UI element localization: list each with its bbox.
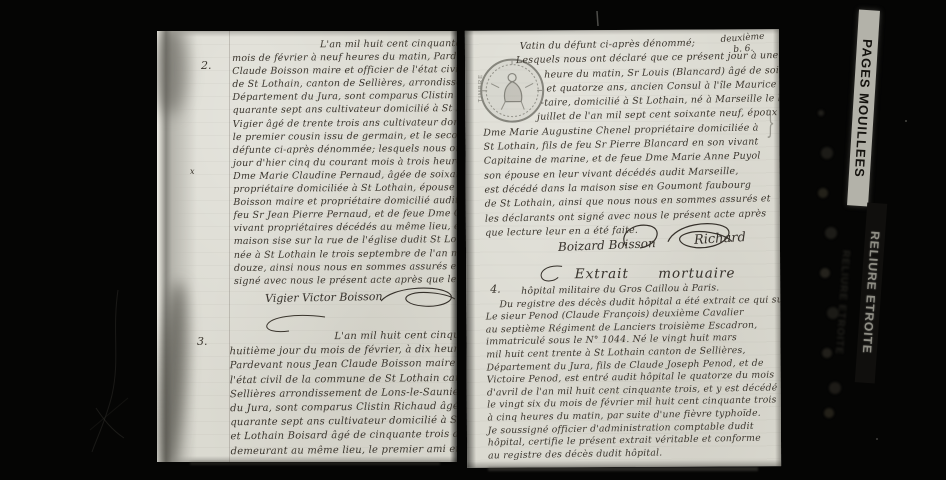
death-act-text: Vatin du défunt ci-après dénommé;Lesquel… <box>482 35 776 241</box>
stray-brace-mark: } <box>766 106 775 141</box>
act-2-text: L'an mil huit cent cinquante trois le tr… <box>232 37 457 288</box>
extrait-heading: Extrait mortuaire <box>550 265 760 282</box>
page-edge-shadow <box>157 31 187 115</box>
microfilm-scan: 2. x 3. L'an mil huit cent cinquante tro… <box>0 0 946 480</box>
dust-speck <box>905 120 907 122</box>
signature-paraph <box>375 283 457 313</box>
handwritten-line: demeurant au même lieu, le premier ami e… <box>231 442 457 459</box>
margin-number-3: 3. <box>197 335 208 348</box>
binding-edge-texture <box>818 110 824 116</box>
margin-mark: x <box>190 167 195 176</box>
dust-speck <box>876 438 878 440</box>
left-page: 2. x 3. L'an mil huit cent cinquante tro… <box>157 31 457 462</box>
page-edge-smudge <box>157 280 192 462</box>
mortuary-extract-text: hôpital militaire du Gros Caillou à Pari… <box>485 281 776 462</box>
margin-number-2: 2. <box>201 59 212 72</box>
right-page: deuxième b. 6. TIMBRE Vatin du défunt ci… <box>465 29 781 468</box>
page-stack-edge-left <box>190 462 440 465</box>
act-3-text: L'an mil huit cent cinquante trois lehui… <box>229 329 457 459</box>
handwritten-line: née à St Lothain le trois septembre de l… <box>234 246 457 261</box>
handwritten-line: quarante sept ans cultivateur domicilié … <box>232 102 457 117</box>
signature-paraph-grand <box>616 215 736 256</box>
signature-victor-boisson: Vigier Victor Boisson <box>265 290 383 305</box>
page-stack-edge-right <box>488 467 758 471</box>
handwritten-line: maison sise sur la rue de l'église dudit… <box>234 233 457 248</box>
